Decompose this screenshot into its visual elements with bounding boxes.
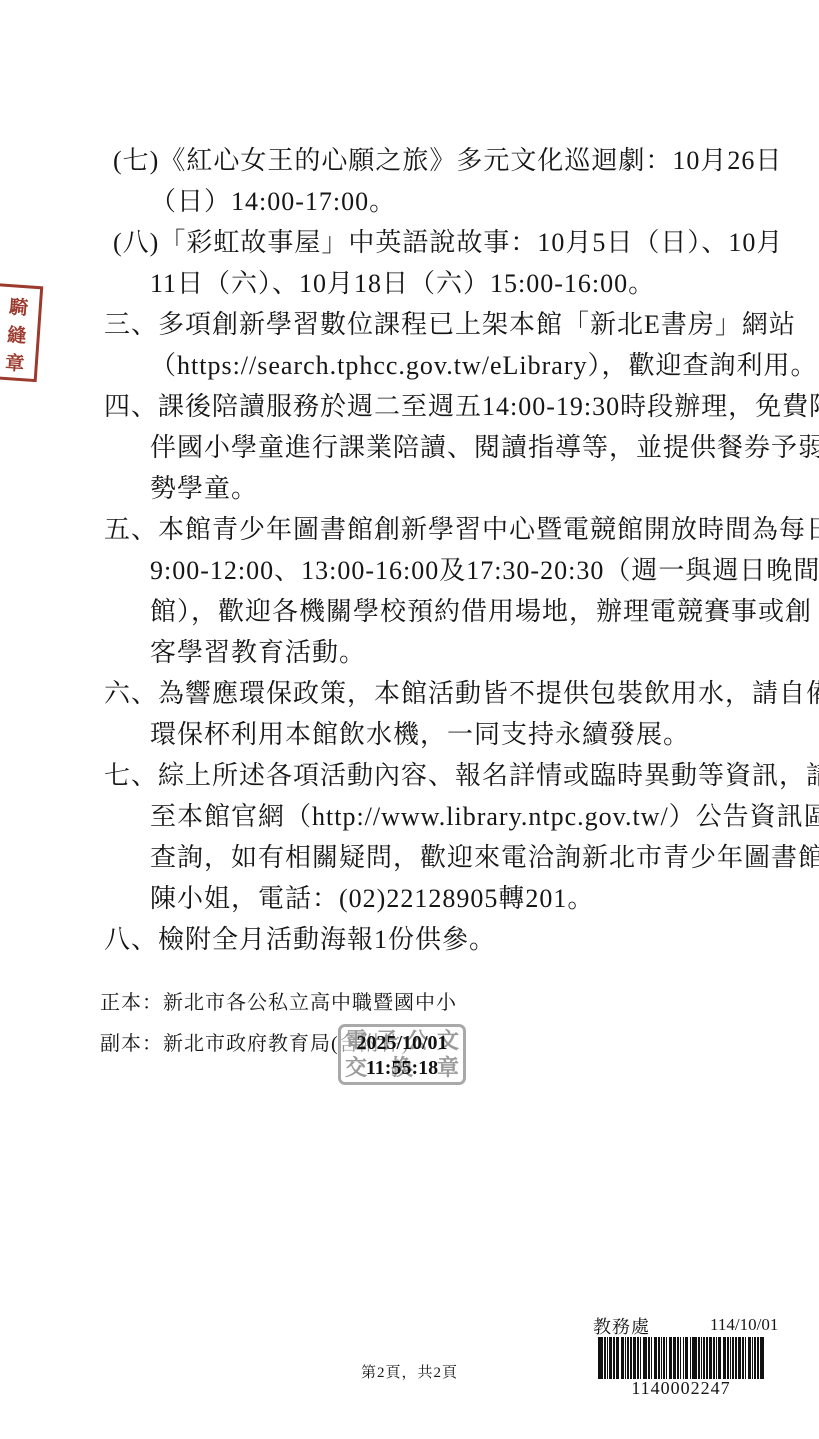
stamp-date: 2025/10/01	[341, 1031, 463, 1055]
recipient-original: 正本：新北市各公私立高中職暨國中小	[100, 986, 457, 1015]
doc-line: （https://search.tphcc.gov.tw/eLibrary），歡…	[0, 345, 819, 386]
doc-line: 查詢，如有相關疑問，歡迎來電洽詢新北市青少年圖書館	[0, 837, 819, 878]
doc-line: 八、檢附全月活動海報1份供參。	[0, 919, 819, 960]
electronic-exchange-stamp: 電 子 公 文 交 換 章 2025/10/01 11:55:18	[338, 1024, 466, 1085]
document-body: (七)《紅心女王的心願之旅》多元文化巡迴劇：10月26日 （日）14:00-17…	[0, 140, 819, 960]
stamp-time: 11:55:18	[341, 1056, 463, 1080]
doc-line: 五、本館青少年圖書館創新學習中心暨電競館開放時間為每日	[0, 509, 819, 550]
doc-line: 伴國小學童進行課業陪讀、閱讀指導等，並提供餐券予弱	[0, 427, 819, 468]
doc-line: (七)《紅心女王的心願之旅》多元文化巡迴劇：10月26日	[0, 140, 819, 181]
doc-line: 三、多項創新學習數位課程已上架本館「新北E書房」網站	[0, 304, 819, 345]
page-number: 第2頁，共2頁	[0, 1361, 819, 1382]
doc-line: 六、為響應環保政策，本館活動皆不提供包裝飲用水，請自備	[0, 673, 819, 714]
doc-line: 館），歡迎各機關學校預約借用場地，辦理電競賽事或創	[0, 591, 819, 632]
document-date: 114/10/01	[710, 1315, 778, 1335]
department-label: 教務處	[593, 1313, 650, 1339]
document-page: 騎縫章 (七)《紅心女王的心願之旅》多元文化巡迴劇：10月26日 （日）14:0…	[0, 0, 819, 1439]
doc-line: 陳小姐，電話：(02)22128905轉201。	[0, 878, 819, 919]
doc-line: 11日（六）、10月18日（六）15:00-16:00。	[0, 263, 819, 304]
doc-line: 七、綜上所述各項活動內容、報名詳情或臨時異動等資訊，請	[0, 755, 819, 796]
doc-line: (八)「彩虹故事屋」中英語說故事：10月5日（日）、10月	[0, 222, 819, 263]
doc-line: 環保杯利用本館飲水機，一同支持永續發展。	[0, 714, 819, 755]
doc-line: 四、課後陪讀服務於週二至週五14:00-19:30時段辦理，免費陪	[0, 386, 819, 427]
doc-line: 9:00-12:00、13:00-16:00及17:30-20:30（週一與週日…	[0, 550, 819, 591]
doc-line: 客學習教育活動。	[0, 632, 819, 673]
doc-line: （日）14:00-17:00。	[0, 181, 819, 222]
doc-line: 勢學童。	[0, 468, 819, 509]
doc-line: 至本館官網（http://www.library.ntpc.gov.tw/）公告…	[0, 796, 819, 837]
